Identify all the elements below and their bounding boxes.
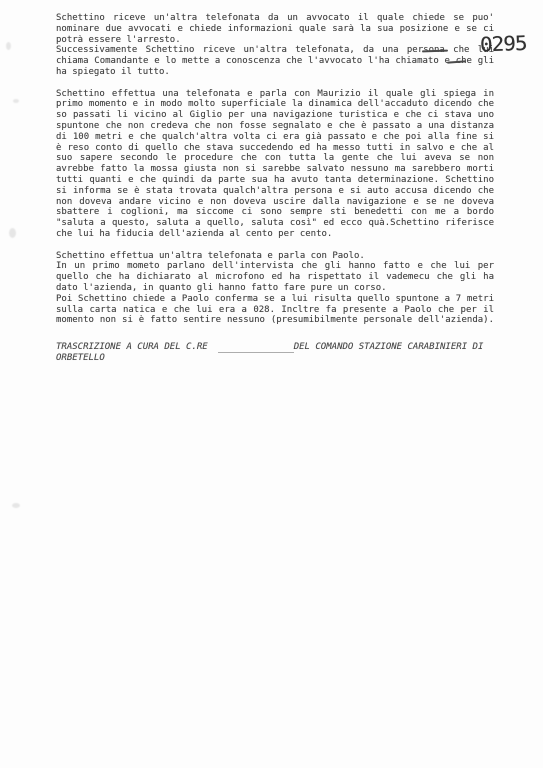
text-line: avrebbe fatto la mossa giusta non si sar…: [56, 164, 494, 175]
scan-smudge: [12, 503, 20, 508]
footer-second-line: ORBETELLO: [56, 353, 494, 364]
scan-smudge: [6, 42, 11, 50]
text-line: Schettino effettua una telefonata e parl…: [56, 89, 494, 100]
text-line: Schettino riceve un'altra telefonata da …: [56, 13, 494, 24]
text-line: In un primo mometo parlano dell'intervis…: [56, 261, 494, 272]
transcription-footer: TRASCRIZIONE A CURA DEL C.REDEL COMANDO …: [56, 342, 494, 364]
text-line: momento non si è fatto sentire nessuno (…: [56, 315, 494, 326]
page-number-stamp: 0295: [480, 33, 527, 56]
document-body: Schettino riceve un'altra telefonata da …: [56, 13, 494, 364]
text-line: Schettino effettua un'altra telefonata e…: [56, 251, 494, 262]
footer-blank-underline: [218, 343, 294, 353]
footer-left-text: TRASCRIZIONE A CURA DEL C.RE: [56, 342, 208, 353]
paragraph: Schettino effettua un'altra telefonata e…: [56, 251, 494, 327]
paragraph: Schettino riceve un'altra telefonata da …: [56, 13, 494, 78]
scan-smudge: [9, 228, 16, 238]
text-line: chiama Comandante e lo mette a conoscenz…: [56, 56, 494, 67]
text-line: quello che ha dichiarato al microfono ed…: [56, 272, 494, 283]
text-line: non doveva andare vicino e non doveva us…: [56, 197, 494, 208]
text-line: si informa se è stata trovata qualch'alt…: [56, 186, 494, 197]
text-line: che lui ha fiducia dell'azienda al cento…: [56, 229, 494, 240]
paragraph: Schettino effettua una telefonata e parl…: [56, 89, 494, 240]
text-line: so passati li vicino al Giglio per una n…: [56, 110, 494, 121]
scanned-document-page: Schettino riceve un'altra telefonata da …: [0, 0, 543, 768]
text-line: sulla carta natica e che lui era a 028. …: [56, 305, 494, 316]
text-line: ha spiegato il tutto.: [56, 67, 494, 78]
text-line: sbattere i coglioni, ma siccome ci sono …: [56, 207, 494, 218]
footer-right-text: DEL COMANDO STAZIONE CARABINIERI DI: [294, 342, 484, 353]
text-line: è reso conto di quello che stava succede…: [56, 143, 494, 154]
text-line: nominare due avvocati e chiede informazi…: [56, 24, 494, 35]
scan-smudge: [13, 99, 19, 103]
text-line: tutti quanti e che quindi da parte sua h…: [56, 175, 494, 186]
text-line: suo sapere secondo le procedure che con …: [56, 153, 494, 164]
text-line: Poi Schettino chiede a Paolo conferma se…: [56, 294, 494, 305]
text-line: potrà essere l'arresto.: [56, 35, 494, 46]
text-line: "saluta a questo, saluta a quello, salut…: [56, 218, 494, 229]
text-line: primo momento e in modo molto superficia…: [56, 99, 494, 110]
text-line: spuntone che non credeva che non fosse s…: [56, 121, 494, 132]
text-line: dato l'azienda, in quanto gli hanno fatt…: [56, 283, 494, 294]
text-line: di 100 metri e che qualch'altra volta ci…: [56, 132, 494, 143]
